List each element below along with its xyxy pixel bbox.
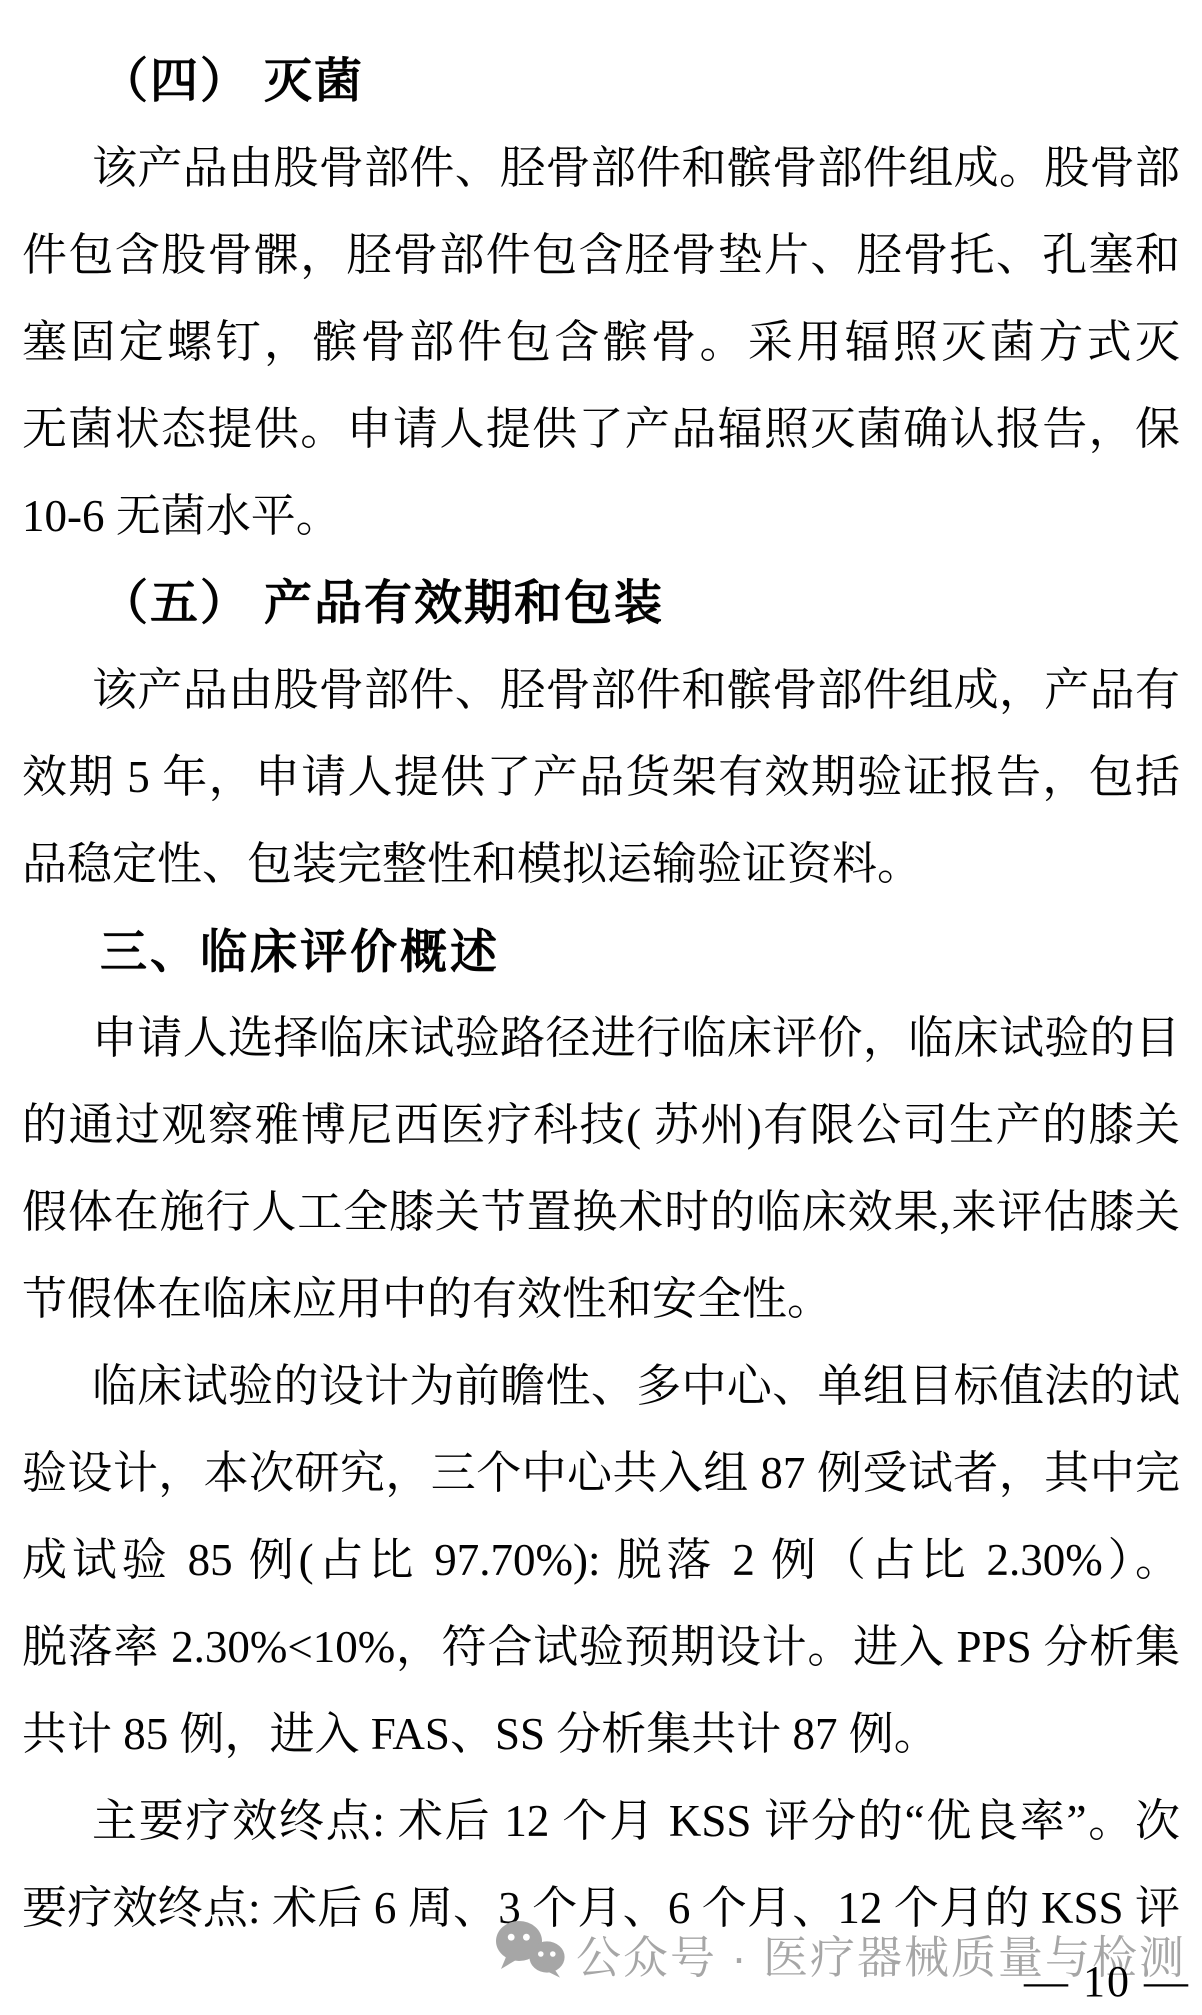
text-line: 主要疗效终点: 术后 12 个月 KSS 评分的“优良率”。次 [22,1778,1180,1865]
text-line: 品稳定性、包装完整性和模拟运输验证资料。 [22,821,1180,908]
page-number: — 10 — [1024,1957,1190,2007]
text-line: 临床试验的设计为前瞻性、多中心、单组目标值法的试 [22,1343,1180,1430]
paragraph-shelf-life: 该产品由股骨部件、胫骨部件和髌骨部件组成，产品有 效期 5 年，申请人提供了产品… [22,647,1180,908]
paragraph-trial-design: 临床试验的设计为前瞻性、多中心、单组目标值法的试 验设计，本次研究，三个中心共入… [22,1343,1180,1778]
text-line: 塞固定螺钉，髌骨部件包含髌骨。采用辐照灭菌方式灭菌， [22,299,1180,386]
text-line: 效期 5 年，申请人提供了产品货架有效期验证报告，包括产 [22,734,1180,821]
text-line: 的通过观察雅博尼西医疗科技( 苏州)有限公司生产的膝关节 [22,1082,1180,1169]
document-page: （四） 灭菌 该产品由股骨部件、胫骨部件和髌骨部件组成。股骨部 件包含股骨髁，胫… [0,0,1202,2015]
text-line: 件包含股骨髁，胫骨部件包含胫骨垫片、胫骨托、孔塞和孔 [22,212,1180,299]
heading-clinical-evaluation: 三、临床评价概述 [22,908,1180,995]
text-line: 成试验 85 例(占比 97.70%): 脱落 2 例（占比 2.30%）。 [22,1517,1180,1604]
text-line: 共计 85 例，进入 FAS、SS 分析集共计 87 例。 [22,1691,1180,1778]
text-line: 节假体在临床应用中的有效性和安全性。 [22,1256,1180,1343]
text-line: 假体在施行人工全膝关节置换术时的临床效果,来评估膝关 [22,1169,1180,1256]
text-line: 申请人选择临床试验路径进行临床评价，临床试验的目 [22,995,1180,1082]
paragraph-sterilization: 该产品由股骨部件、胫骨部件和髌骨部件组成。股骨部 件包含股骨髁，胫骨部件包含胫骨… [22,125,1180,560]
heading-shelf-life: （五） 产品有效期和包装 [22,560,1180,647]
text-line: 该产品由股骨部件、胫骨部件和髌骨部件组成。股骨部 [22,125,1180,212]
text-line: 脱落率 2.30%<10%，符合试验预期设计。进入 PPS 分析集 [22,1604,1180,1691]
text-line: 验设计，本次研究，三个中心共入组 87 例受试者，其中完 [22,1430,1180,1517]
text-line: 无菌状态提供。申请人提供了产品辐照灭菌确认报告，保证 [22,386,1180,473]
wechat-icon [494,1918,566,1989]
text-line: 10-6 无菌水平。 [22,473,1180,560]
heading-sterilization: （四） 灭菌 [22,38,1180,125]
text-line: 该产品由股骨部件、胫骨部件和髌骨部件组成，产品有 [22,647,1180,734]
paragraph-clinical-path: 申请人选择临床试验路径进行临床评价，临床试验的目 的通过观察雅博尼西医疗科技( … [22,995,1180,1343]
